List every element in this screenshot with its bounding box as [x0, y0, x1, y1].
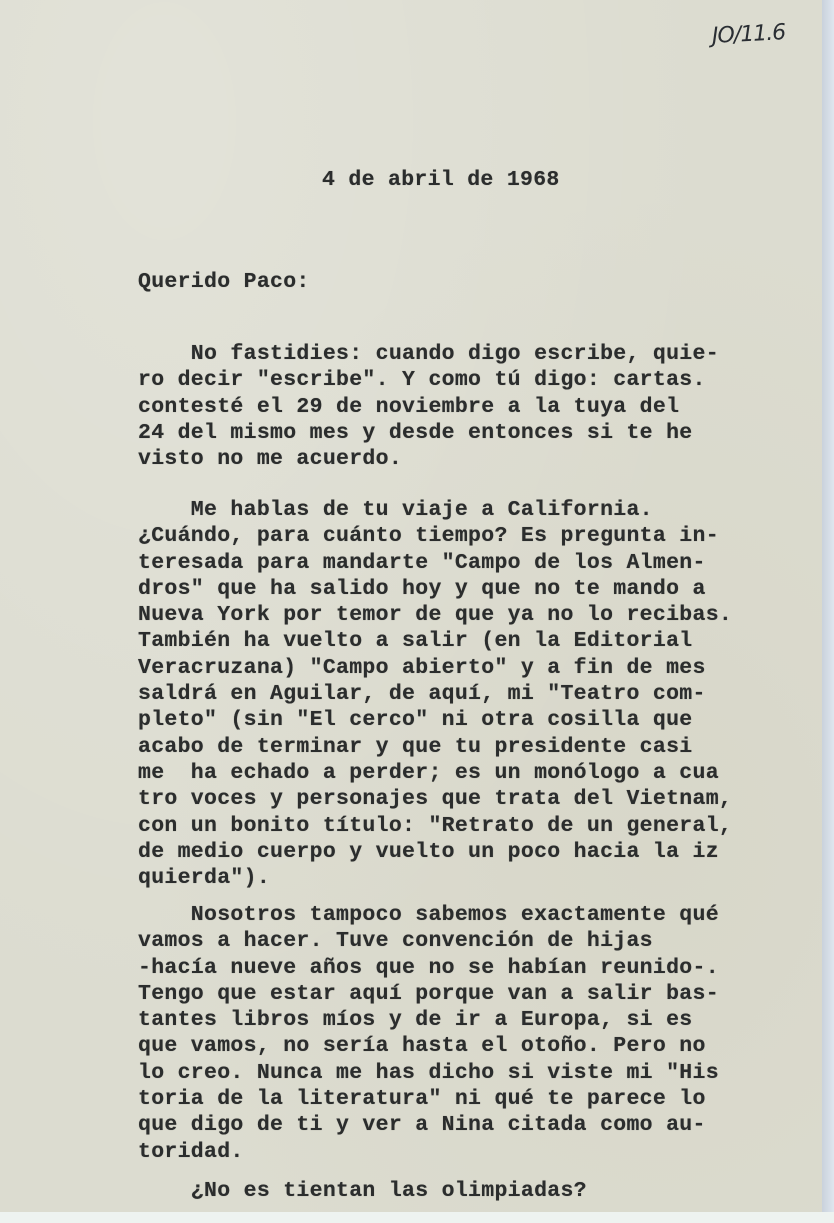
text-line: 24 del mismo mes y desde entonces si te … — [138, 420, 719, 446]
text-line: con un bonito título: "Retrato de un gen… — [138, 813, 732, 839]
letter-date: 4 de abril de 1968 — [322, 168, 560, 192]
text-line: tro voces y personajes que trata del Vie… — [138, 786, 732, 812]
text-line: También ha vuelto a salir (en la Editori… — [138, 628, 732, 654]
scan-right-edge — [822, 0, 834, 1223]
text-line: ¿No es tientan las olimpiadas? — [138, 1178, 587, 1204]
text-line: -hacía nueve años que no se habían reuni… — [138, 955, 719, 981]
text-line: Nosotros tampoco sabemos exactamente qué — [138, 902, 719, 928]
text-line: ¿Cuándo, para cuánto tiempo? Es pregunta… — [138, 523, 732, 549]
text-line: Tengo que estar aquí porque van a salir … — [138, 981, 719, 1007]
scan-bottom-edge — [0, 1212, 834, 1223]
text-line: saldrá en Aguilar, de aquí, mi "Teatro c… — [138, 681, 732, 707]
text-line: contesté el 29 de noviembre a la tuya de… — [138, 394, 719, 420]
text-line: Veracruzana) "Campo abierto" y a fin de … — [138, 655, 732, 681]
text-line: dros" que ha salido hoy y que no te mand… — [138, 576, 732, 602]
text-line: vamos a hacer. Tuve convención de hijas — [138, 928, 719, 954]
text-line: que vamos, no sería hasta el otoño. Pero… — [138, 1033, 719, 1059]
text-line: toridad. — [138, 1139, 719, 1165]
paragraph-2: Me hablas de tu viaje a California.¿Cuán… — [138, 497, 732, 891]
archive-reference-handwritten: JO/11.6 — [711, 20, 785, 49]
text-line: pleto" (sin "El cerco" ni otra cosilla q… — [138, 707, 732, 733]
paragraph-4: ¿No es tientan las olimpiadas? — [138, 1178, 587, 1204]
text-line: Nueva York por temor de que ya no lo rec… — [138, 602, 732, 628]
letter-page: JO/11.6 4 de abril de 1968 Querido Paco:… — [0, 0, 822, 1212]
text-line: ro decir "escribe". Y como tú digo: cart… — [138, 367, 719, 393]
text-line: No fastidies: cuando digo escribe, quie- — [138, 341, 719, 367]
text-line: toria de la literatura" ni qué te parece… — [138, 1086, 719, 1112]
paragraph-1: No fastidies: cuando digo escribe, quie-… — [138, 341, 719, 472]
text-line: Me hablas de tu viaje a California. — [138, 497, 732, 523]
text-line: visto no me acuerdo. — [138, 446, 719, 472]
text-line: lo creo. Nunca me has dicho si viste mi … — [138, 1060, 719, 1086]
text-line: quierda"). — [138, 865, 732, 891]
letter-salutation: Querido Paco: — [138, 270, 310, 294]
text-line: teresada para mandarte "Campo de los Alm… — [138, 550, 732, 576]
text-line: tantes libros míos y de ir a Europa, si … — [138, 1007, 719, 1033]
text-line: de medio cuerpo y vuelto un poco hacia l… — [138, 839, 732, 865]
paragraph-3: Nosotros tampoco sabemos exactamente qué… — [138, 902, 719, 1165]
text-line: me ha echado a perder; es un monólogo a … — [138, 760, 732, 786]
text-line: acabo de terminar y que tu presidente ca… — [138, 734, 732, 760]
text-line: que digo de ti y ver a Nina citada como … — [138, 1112, 719, 1138]
